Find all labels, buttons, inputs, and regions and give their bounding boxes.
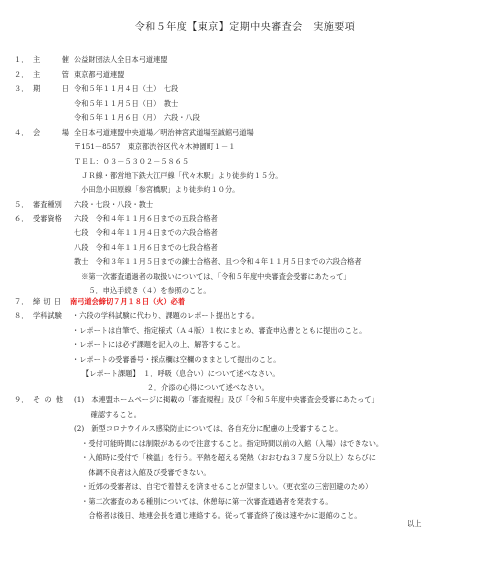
venue-name: 全日本弓道連盟中央道場／明治神宮武道場至誠館弓道場 xyxy=(74,129,254,136)
section-label: 主催 xyxy=(33,56,69,63)
section-label: 締切日 xyxy=(33,298,61,305)
section-number: ７． xyxy=(14,298,28,305)
closing-mark: 以上 xyxy=(407,520,421,527)
section-label: 審査種別 xyxy=(33,201,62,208)
exam-rule: ・六段の学科試験に代わり、課題のレポート提出とする。 xyxy=(72,312,259,319)
page-title: 令和５年度【東京】定期中央審査会 実施要項 xyxy=(0,23,480,33)
eligibility-line: 八段 令和４年１１月６日までの七段合格者 xyxy=(74,244,218,251)
section-label: その他 xyxy=(33,396,63,403)
section-value: 公益財団法人全日本弓道連盟 xyxy=(74,56,167,63)
report-topic: 【レポート課題】 １．呼吸（息合い）について述べなさい。 xyxy=(82,370,280,377)
eligibility-note: ５．申込手続き（４）を参照のこと。 xyxy=(74,287,211,294)
exam-rule: ・レポートには必ず課題を記入の上、解答すること。 xyxy=(72,341,245,348)
other-note: (1) 本連盟ホームページに掲載の「審査規程」及び「令和５年度中央審査会受審にあ… xyxy=(74,396,379,403)
eligibility-line: 六段 令和４年１１月６日までの五段合格者 xyxy=(74,215,218,222)
exam-rule: ・レポートは自筆で、指定様式（Ａ４版）１枚にまとめ、審査申込書とともに提出のこと… xyxy=(72,327,366,334)
section-value: 六段・七段・八段・教士 xyxy=(74,201,153,208)
report-topic: ２．介添の心得について述べなさい。 xyxy=(82,384,269,391)
other-note: 確認すること。 xyxy=(74,411,141,418)
section-label: 期日 xyxy=(33,85,69,92)
section-number: ９． xyxy=(14,396,28,403)
venue-access: ＪＲ線・都営地下鉄大江戸線「代々木駅」より徒歩約１５分。 xyxy=(74,172,282,179)
section-number: ３． xyxy=(14,85,28,92)
other-note: (2) 新型コロナウイルス感染防止については、各自充分に配慮の上受審すること。 xyxy=(74,425,342,432)
other-note: ・近郊の受審者は、自宅で着替えを済ませることが望ましい。（更衣室の三密回避のため… xyxy=(74,483,372,490)
venue-address: 〒151－8557 東京都渋谷区代々木神園町１－１ xyxy=(74,143,235,150)
section-label: 受審資格 xyxy=(33,215,62,222)
section-number: ２． xyxy=(14,71,28,78)
section-number: ４． xyxy=(14,129,28,136)
deadline-text: 南弓道会締切７月１８日（火）必着 xyxy=(70,298,185,305)
other-note: 合格者は後日、地連会長を通じ連絡する。従って審査終了後は速やかに退館のこと。 xyxy=(74,512,362,519)
venue-access: 小田急小田原線「参宮橋駅」より徒歩約１０分。 xyxy=(74,186,239,193)
section-number: １． xyxy=(14,56,28,63)
eligibility-note: ※第一次審査通過者の取扱いについては、「令和５年度中央審査会受審にあたって」 xyxy=(74,273,351,280)
section-number: ６． xyxy=(14,215,28,222)
eligibility-line: 七段 令和４年１１月４日までの六段合格者 xyxy=(74,229,218,236)
exam-rule: ・レポートの受審番号・採点欄は空欄のままとして提出のこと。 xyxy=(72,356,280,363)
date-line: 令和５年１１月６日（月） 六段・八段 xyxy=(74,114,200,121)
section-label: 主管 xyxy=(33,71,69,78)
other-note: ・受付可能時間には制限があるので注意すること。指定時間以前の入館（入場）はできな… xyxy=(74,440,383,447)
section-label: 学科試験 xyxy=(33,312,62,319)
eligibility-line: 教士 令和３年１１月５日までの錬士合格者、且つ令和４年１１月５日までの六段合格者 xyxy=(74,258,362,265)
date-line: 令和５年１１月４日（土） 七段 xyxy=(74,85,178,92)
other-note: 体調不良者は入館及び受審できない。 xyxy=(74,469,211,476)
date-line: 令和５年１１月５日（日） 教士 xyxy=(74,100,178,107)
other-note: ・入館時に受付で「検温」を行う。平熱を超える発熱（おおむね３７度５分以上）ならび… xyxy=(74,454,376,461)
section-number: ８． xyxy=(14,312,28,319)
section-number: ５． xyxy=(14,201,28,208)
section-value: 東京都弓道連盟 xyxy=(74,71,124,78)
venue-phone: ＴＥＬ：０３－５３０２－５８６５ xyxy=(74,158,189,165)
section-label: 会場 xyxy=(33,129,69,136)
other-note: ・第二次審査のある種別については、休憩毎に第一次審査通過者を発表する。 xyxy=(74,498,333,505)
